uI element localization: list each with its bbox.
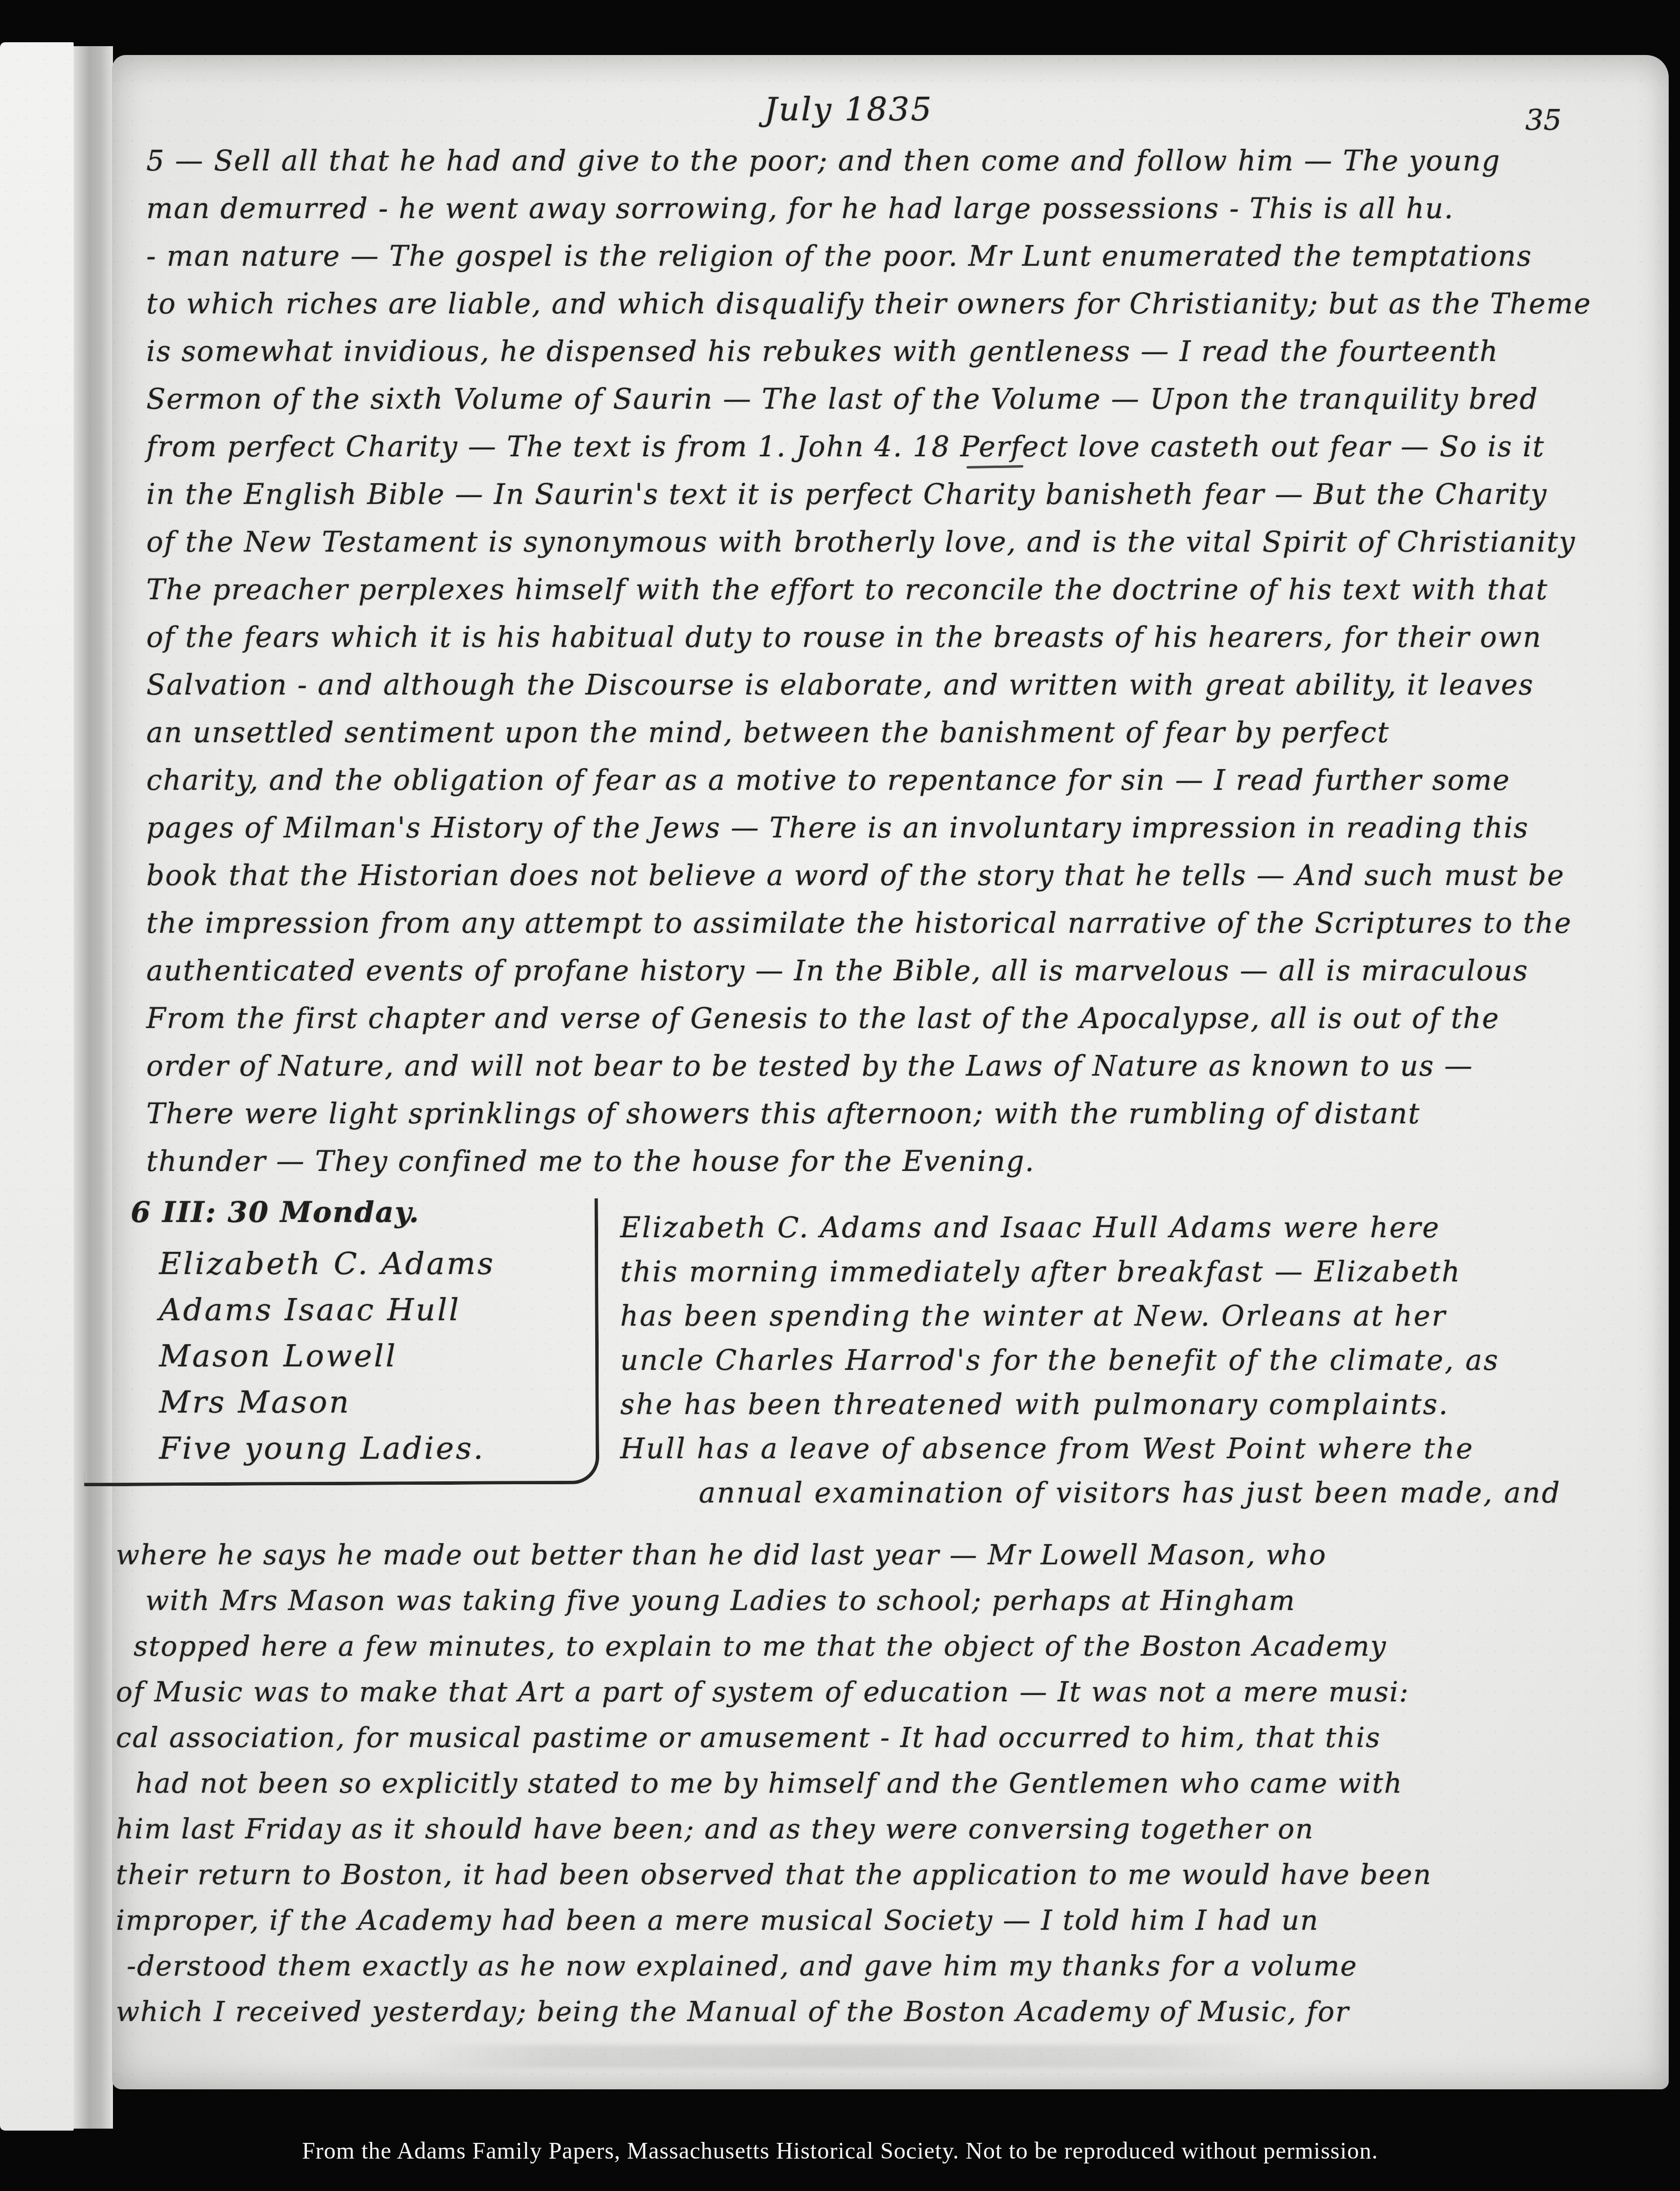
adjacent-page-edge	[0, 42, 74, 2131]
page-title: July 1835	[652, 90, 1045, 128]
manuscript-line: which I received yesterday; being the Ma…	[116, 1989, 1432, 2035]
manuscript-line: man demurred - he went away sorrowing, f…	[146, 185, 1592, 233]
manuscript-page: July 1835 35 5 — Sell all that he had an…	[112, 55, 1669, 2089]
diary-paragraph-july-5: 5 — Sell all that he had and give to the…	[146, 138, 1592, 1186]
manuscript-line: with Mrs Mason was taking five young Lad…	[116, 1578, 1432, 1624]
manuscript-line: authenticated events of profane history …	[146, 947, 1592, 995]
diary-paragraph-continued: where he says he made out better than he…	[116, 1532, 1432, 2035]
ink-bleed-ghost	[416, 2045, 1276, 2068]
manuscript-line: is somewhat invidious, he dispensed his …	[146, 328, 1592, 376]
scanned-diary-screenshot: July 1835 35 5 — Sell all that he had an…	[0, 0, 1680, 2191]
manuscript-line: Hull has a leave of absence from West Po…	[620, 1427, 1561, 1471]
manuscript-line: of Music was to make that Art a part of …	[116, 1669, 1432, 1715]
manuscript-line: of the New Testament is synonymous with …	[146, 519, 1592, 566]
page-number: 35	[1525, 103, 1562, 137]
manuscript-line: 5 — Sell all that he had and give to the…	[146, 138, 1592, 185]
manuscript-line: Sermon of the sixth Volume of Saurin — T…	[146, 376, 1592, 423]
manuscript-line: order of Nature, and will not bear to be…	[146, 1043, 1592, 1090]
manuscript-line: -derstood them exactly as he now explain…	[116, 1943, 1432, 1989]
manuscript-line: stopped here a few minutes, to explain t…	[116, 1624, 1432, 1669]
manuscript-line: from perfect Charity — The text is from …	[146, 423, 1592, 471]
manuscript-line: book that the Historian does not believe…	[146, 852, 1592, 900]
manuscript-line: their return to Boston, it had been obse…	[116, 1852, 1432, 1898]
manuscript-line: The preacher perplexes himself with the …	[146, 566, 1592, 614]
manuscript-line: the impression from any attempt to assim…	[146, 900, 1592, 947]
manuscript-line: - man nature — The gospel is the religio…	[146, 233, 1592, 280]
manuscript-line: thunder — They confined me to the house …	[146, 1138, 1592, 1186]
manuscript-line: in the English Bible — In Saurin's text …	[146, 471, 1592, 519]
manuscript-line: uncle Charles Harrod's for the benefit o…	[620, 1338, 1561, 1383]
book-gutter-shadow	[74, 46, 113, 2129]
manuscript-line: has been spending the winter at New. Orl…	[620, 1294, 1561, 1338]
manuscript-line: Elizabeth C. Adams and Isaac Hull Adams …	[620, 1206, 1561, 1250]
manuscript-line: improper, if the Academy had been a mere…	[116, 1898, 1432, 1943]
manuscript-line: this morning immediately after breakfast…	[620, 1250, 1561, 1294]
manuscript-line: pages of Milman's History of the Jews — …	[146, 804, 1592, 852]
manuscript-line: Salvation - and although the Discourse i…	[146, 662, 1592, 709]
manuscript-line: annual examination of visitors has just …	[620, 1471, 1561, 1515]
entry-column-text: Elizabeth C. Adams and Isaac Hull Adams …	[620, 1206, 1561, 1515]
manuscript-line: an unsettled sentiment upon the mind, be…	[146, 709, 1592, 757]
manuscript-line: cal association, for musical pastime or …	[116, 1715, 1432, 1761]
manuscript-line: him last Friday as it should have been; …	[116, 1806, 1432, 1852]
manuscript-line: charity, and the obligation of fear as a…	[146, 757, 1592, 804]
manuscript-line: had not been so explicitly stated to me …	[116, 1761, 1432, 1806]
manuscript-line: From the first chapter and verse of Gene…	[146, 995, 1592, 1043]
manuscript-line: she has been threatened with pulmonary c…	[620, 1383, 1561, 1427]
manuscript-line: where he says he made out better than he…	[116, 1532, 1432, 1578]
archive-credit-line: From the Adams Family Papers, Massachuse…	[0, 2137, 1680, 2164]
manuscript-line: There were light sprinklings of showers …	[146, 1090, 1592, 1138]
manuscript-line: of the fears which it is his habitual du…	[146, 614, 1592, 662]
visitor-list-bracket	[83, 1198, 600, 1487]
manuscript-line: to which riches are liable, and which di…	[146, 280, 1592, 328]
